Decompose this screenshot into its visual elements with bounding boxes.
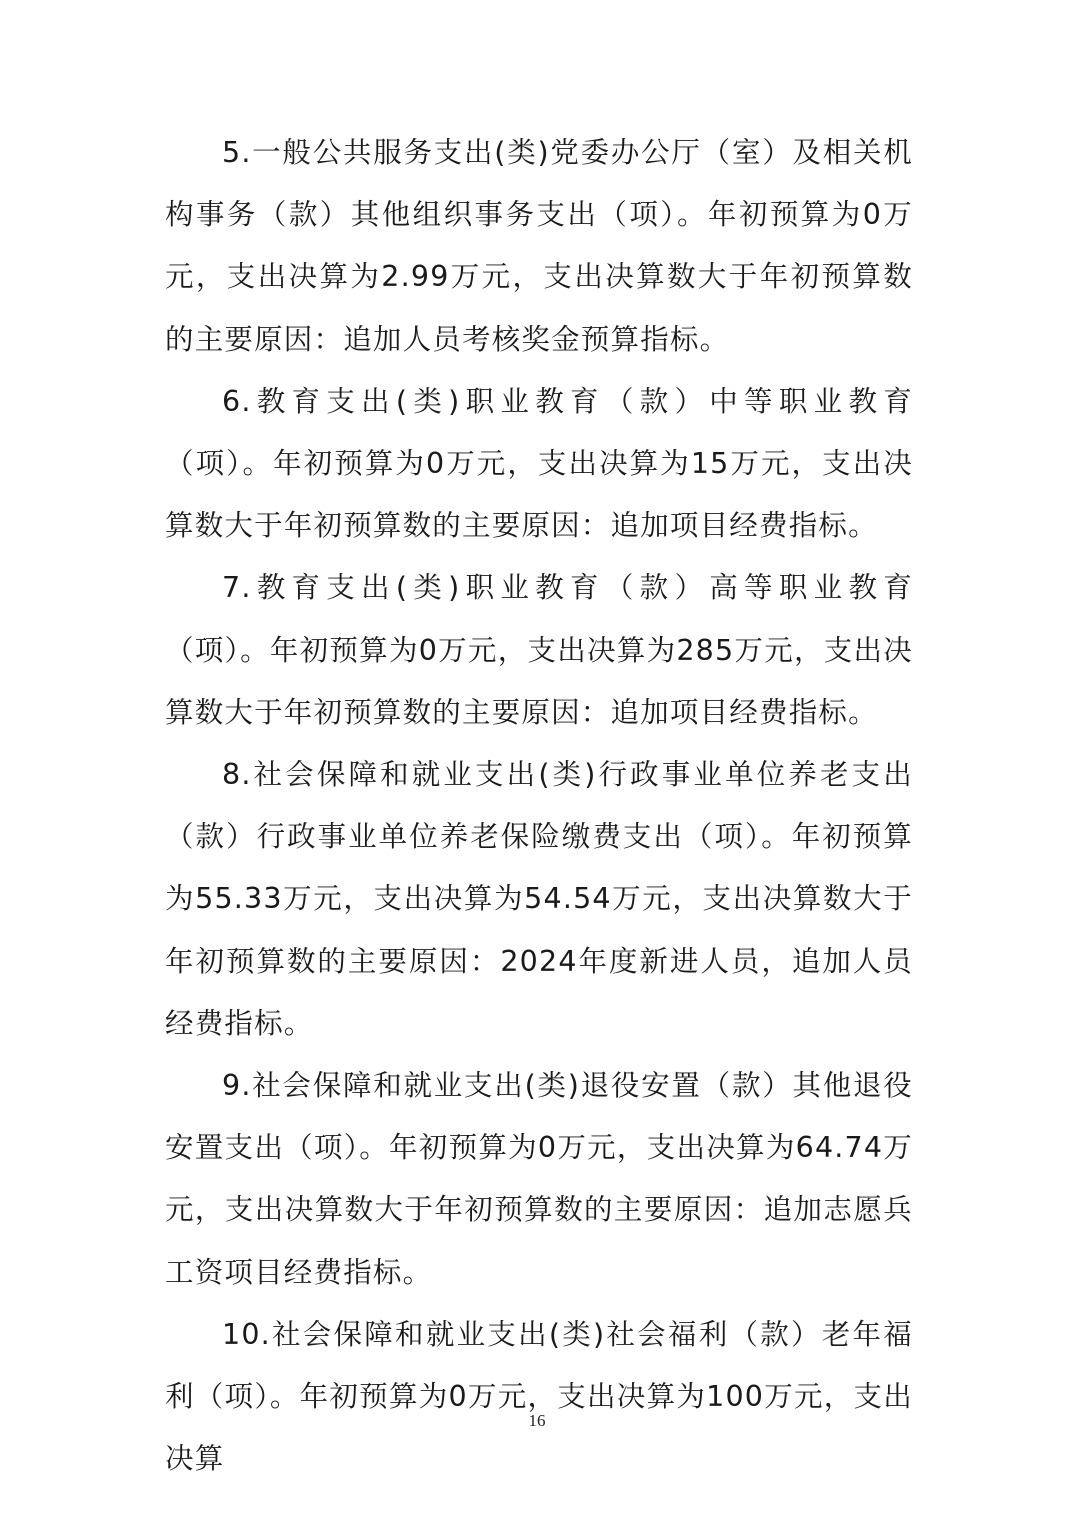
paragraph-item-9: 9.社会保障和就业支出(类)退役安置（款）其他退役安置支出（项）。年初预算为0万… [165, 1055, 913, 1304]
paragraph-item-6: 6.教育支出(类)职业教育（款）中等职业教育（项）。年初预算为0万元，支出决算为… [165, 371, 913, 558]
paragraph-item-10: 10.社会保障和就业支出(类)社会福利（款）老年福利（项）。年初预算为0万元，支… [165, 1304, 913, 1491]
paragraph-item-8: 8.社会保障和就业支出(类)行政事业单位养老支出（款）行政事业单位养老保险缴费支… [165, 744, 913, 1055]
page-number: 16 [0, 1411, 1074, 1431]
paragraph-item-5: 5.一般公共服务支出(类)党委办公厅（室）及相关机构事务（款）其他组织事务支出（… [165, 122, 913, 371]
document-body: 5.一般公共服务支出(类)党委办公厅（室）及相关机构事务（款）其他组织事务支出（… [165, 122, 913, 1490]
paragraph-item-7: 7.教育支出(类)职业教育（款）高等职业教育（项）。年初预算为0万元，支出决算为… [165, 557, 913, 744]
